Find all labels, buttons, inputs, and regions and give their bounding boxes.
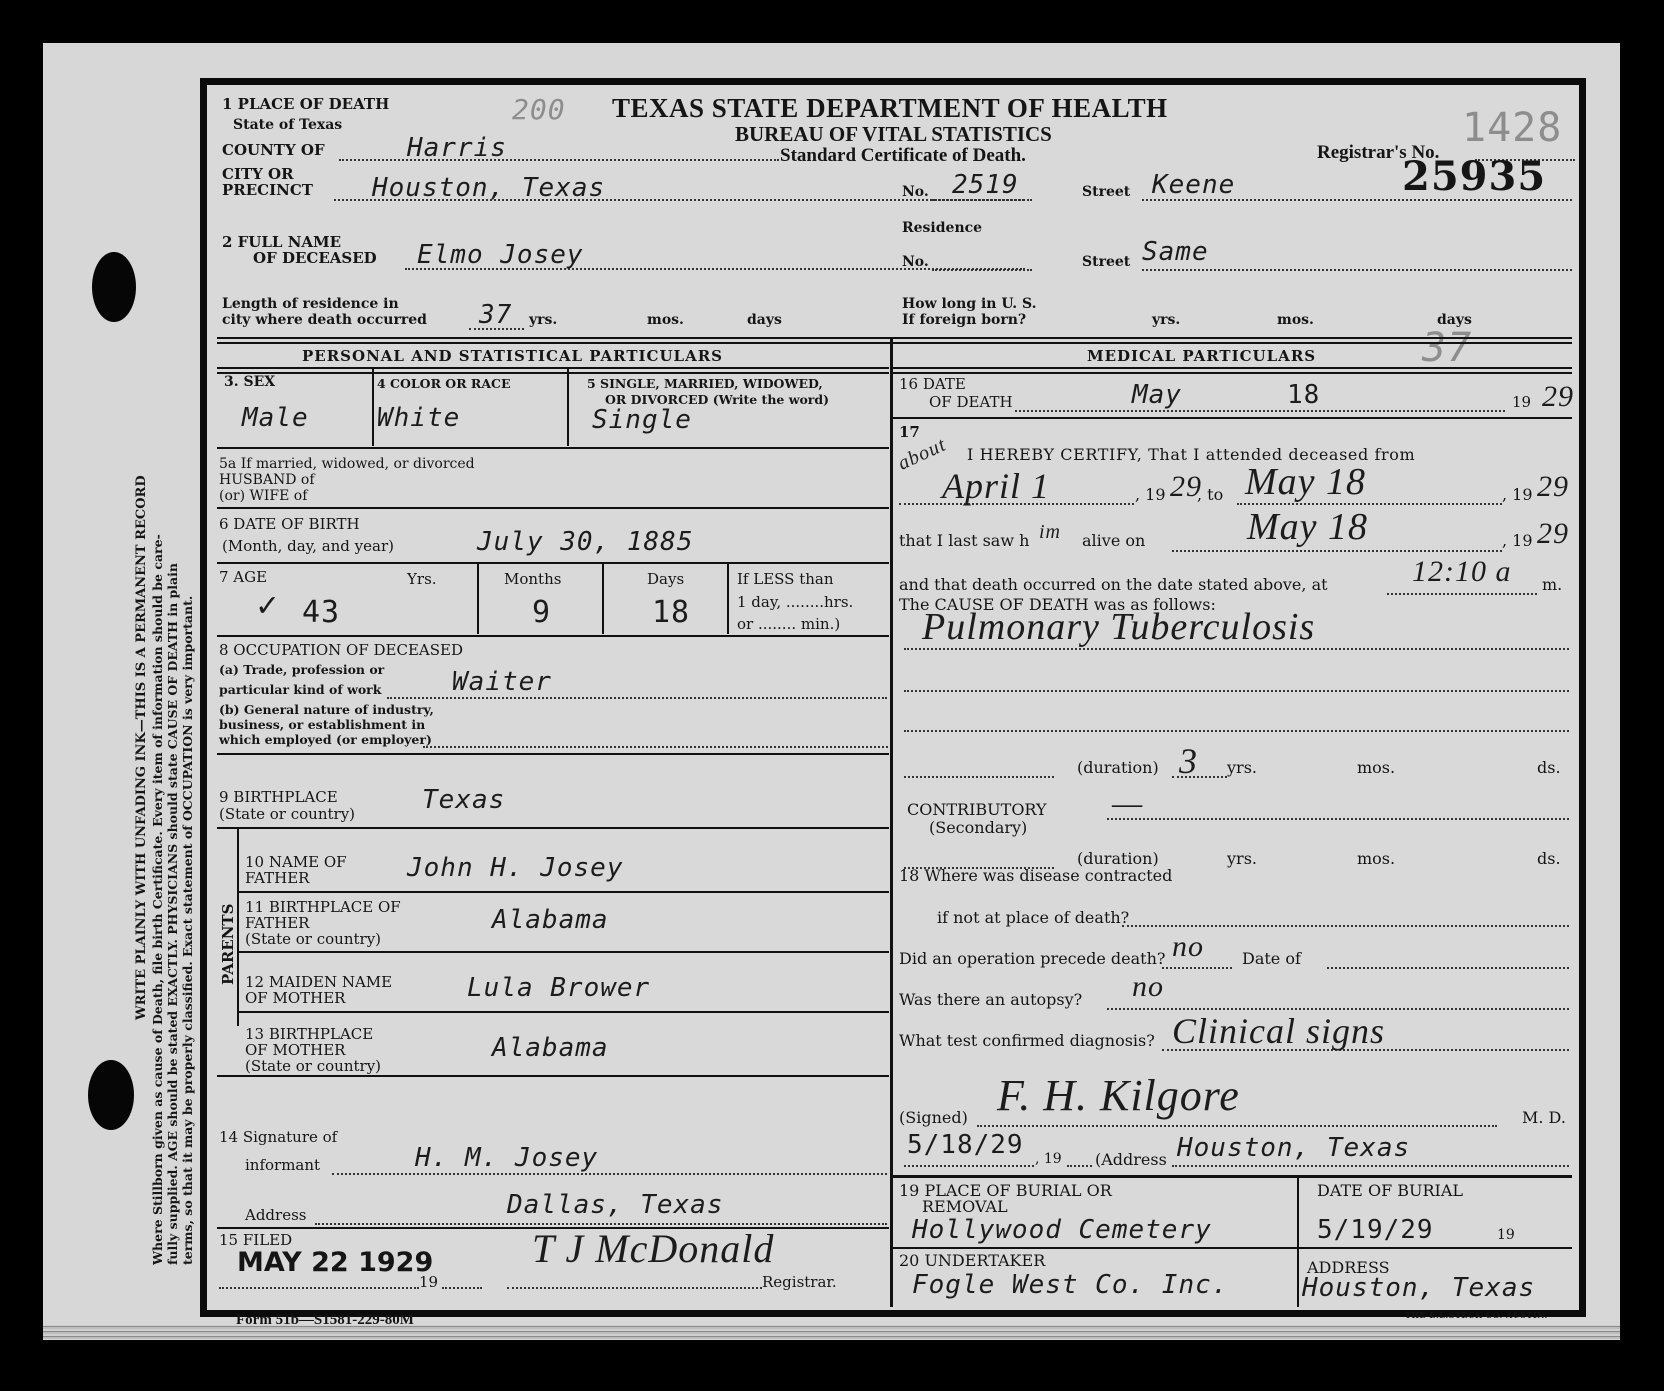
last-saw-label-1: that I last saw h xyxy=(899,533,1029,548)
length-residence-label-1: Length of residence in xyxy=(222,297,399,312)
marital-label-1: 5 SINGLE, MARRIED, WIDOWED, xyxy=(587,377,823,391)
duration-mos-label-1: mos. xyxy=(1357,760,1395,775)
dod-label-2: OF DEATH xyxy=(929,395,1013,410)
contributory-value: — xyxy=(1112,785,1143,823)
us-label-2: If foreign born? xyxy=(902,313,1026,328)
occupation-value: Waiter xyxy=(452,667,552,697)
registrar-number: 25935 xyxy=(1402,153,1546,200)
street-value: Keene xyxy=(1152,170,1235,200)
filed-19: 19 xyxy=(419,1275,438,1290)
attended-from: April 1 xyxy=(942,465,1050,507)
us-mos-label: mos. xyxy=(1277,313,1314,328)
dod-year-prefix: 19 xyxy=(1512,395,1531,410)
race-value: White xyxy=(377,403,460,433)
contracted-label-1: 18 Where was disease contracted xyxy=(899,868,1172,883)
medical-section-title: MEDICAL PARTICULARS xyxy=(1087,347,1316,365)
printer-mark: THE E.L.STECK CO. AUSTIN. xyxy=(1405,1310,1548,1320)
county-label: COUNTY OF xyxy=(222,143,325,158)
duration-label-1: (duration) xyxy=(1077,760,1159,775)
burial-place-value: Hollywood Cemetery xyxy=(912,1215,1212,1245)
md-label: M. D. xyxy=(1522,1110,1566,1125)
occ-a-label-2: particular kind of work xyxy=(219,683,381,697)
signed-label: (Signed) xyxy=(899,1110,968,1125)
father-bp-label-1: 11 BIRTHPLACE OF xyxy=(245,900,401,915)
length-mos-label: mos. xyxy=(647,313,684,328)
deceased-name: Elmo Josey xyxy=(417,240,584,270)
last-saw-label-2: alive on xyxy=(1082,533,1145,548)
res-street-label: Street xyxy=(1082,255,1130,270)
department-title: TEXAS STATE DEPARTMENT OF HEALTH xyxy=(612,93,1168,124)
duration-yrs: 3 xyxy=(1179,740,1198,782)
father-label-1: 10 NAME OF xyxy=(245,855,347,870)
informant-label-1: 14 Signature of xyxy=(219,1130,337,1145)
last-saw-year: 29 xyxy=(1537,517,1569,551)
contributory-label-1: CONTRIBUTORY xyxy=(907,802,1047,817)
sex-value: Male xyxy=(242,403,309,433)
burial-date-value: 5/19/29 xyxy=(1317,1215,1434,1245)
dob-label-2: (Month, day, and year) xyxy=(222,539,394,554)
occ-b-label-1: (b) General nature of industry, xyxy=(219,703,434,717)
filed-label: 15 FILED xyxy=(219,1233,292,1248)
city-label-1: CITY OR xyxy=(222,167,294,182)
filed-stamp: MAY 22 1929 xyxy=(237,1247,433,1278)
pencil-note: 200 xyxy=(512,93,566,126)
time-suffix: m. xyxy=(1542,577,1562,592)
father-bp-label-2: FATHER xyxy=(245,916,309,931)
mother-label-1: 12 MAIDEN NAME xyxy=(245,975,392,990)
length-residence-yrs: 37 xyxy=(479,300,512,330)
burial-date-19: 19 xyxy=(1497,1228,1515,1243)
city-value: Houston, Texas xyxy=(372,173,605,203)
duration-yrs-label-1: yrs. xyxy=(1227,760,1257,775)
father-label-2: FATHER xyxy=(245,871,309,886)
mother-value: Lula Brower xyxy=(467,973,650,1003)
dob-value: July 30, 1885 xyxy=(477,527,694,557)
side-instruction-3: fully supplied. AGE should be stated EXA… xyxy=(165,563,181,1265)
age-months-value: 9 xyxy=(532,595,551,630)
informant-address-value: Dallas, Texas xyxy=(507,1190,724,1220)
test-label: What test confirmed diagnosis? xyxy=(899,1033,1155,1048)
occ-a-label-1: (a) Trade, profession or xyxy=(219,663,384,677)
operation-date-label: Date of xyxy=(1242,951,1301,966)
occurred-label: and that death occurred on the date stat… xyxy=(899,577,1328,592)
age-yrs-label: Yrs. xyxy=(407,572,437,587)
last-saw-year-prefix: , 19 xyxy=(1502,533,1533,548)
burial-place-label-1: 19 PLACE OF BURIAL OR xyxy=(899,1183,1112,1198)
length-yrs-label: yrs. xyxy=(529,313,557,328)
autopsy-value: no xyxy=(1132,970,1164,1004)
residence-label: Residence xyxy=(902,221,982,236)
age-days-label: Days xyxy=(647,572,684,587)
spouse-label-3: (or) WIFE of xyxy=(219,489,307,504)
city-label-2: PRECINCT xyxy=(222,183,313,198)
us-label-1: How long in U. S. xyxy=(902,297,1037,312)
informant-label-2: informant xyxy=(245,1158,320,1173)
contracted-label-2: if not at place of death? xyxy=(937,910,1129,925)
father-bp-value: Alabama xyxy=(492,905,609,935)
less-label-2: 1 day, ........hrs. xyxy=(737,595,853,610)
duration-ds-label-2: ds. xyxy=(1537,851,1561,866)
age-days-value: 18 xyxy=(652,595,690,630)
from-year-prefix: , 19 xyxy=(1135,487,1166,502)
form-number: Form 51b—S1581-229-80M xyxy=(236,1313,414,1328)
res-street-value: Same xyxy=(1142,237,1209,267)
us-yrs-label: yrs. xyxy=(1152,313,1180,328)
stamp-number: 1428 xyxy=(1462,105,1562,151)
physician-address: Houston, Texas xyxy=(1177,1133,1410,1163)
duration-yrs-label-2: yrs. xyxy=(1227,851,1257,866)
race-label: 4 COLOR OR RACE xyxy=(377,377,511,391)
dod-year: 29 xyxy=(1542,380,1574,414)
burial-place-label-2: REMOVAL xyxy=(922,1199,1008,1214)
last-saw-pronoun: im xyxy=(1039,521,1061,544)
occupation-label: 8 OCCUPATION OF DECEASED xyxy=(219,643,463,658)
test-value: Clinical signs xyxy=(1172,1010,1385,1052)
registrar-signature: T J McDonald xyxy=(532,1225,774,1272)
father-value: John H. Josey xyxy=(407,853,624,883)
full-name-label-1: 2 FULL NAME xyxy=(222,235,341,250)
physician-address-label: (Address xyxy=(1095,1152,1167,1167)
sex-label: 3. SEX xyxy=(224,375,275,390)
birthplace-value: Texas xyxy=(422,785,505,815)
occ-b-label-3: which employed (or employer) xyxy=(219,733,432,747)
informant-address-label: Address xyxy=(245,1208,306,1223)
occ-b-label-2: business, or establishment in xyxy=(219,718,425,732)
autopsy-label: Was there an autopsy? xyxy=(899,992,1082,1007)
age-label: 7 AGE xyxy=(219,570,267,585)
father-bp-label-3: (State or country) xyxy=(245,932,381,947)
undertaker-value: Fogle West Co. Inc. xyxy=(912,1270,1228,1300)
punch-hole-bottom xyxy=(88,1060,134,1130)
contributory-label-2: (Secondary) xyxy=(929,820,1027,835)
duration-mos-label-2: mos. xyxy=(1357,851,1395,866)
length-residence-label-2: city where death occurred xyxy=(222,313,427,328)
side-instruction-2: Where Stillborn given as cause of Death,… xyxy=(150,534,166,1265)
last-saw-date: May 18 xyxy=(1247,505,1368,549)
to-label: , to xyxy=(1197,487,1223,502)
mother-label-2: OF MOTHER xyxy=(245,991,345,1006)
burial-date-label: DATE OF BURIAL xyxy=(1317,1183,1463,1198)
registrar-label: Registrar. xyxy=(762,1275,837,1290)
undertaker-address-value: Houston, Texas xyxy=(1302,1273,1535,1303)
street-label: Street xyxy=(1082,185,1130,200)
duration-label-2: (duration) xyxy=(1077,851,1159,866)
duration-ds-label-1: ds. xyxy=(1537,760,1561,775)
signed-date: 5/18/29 xyxy=(907,1130,1024,1160)
punch-hole-top xyxy=(92,252,136,322)
informant-value: H. M. Josey xyxy=(415,1143,598,1173)
personal-section-title: PERSONAL AND STATISTICAL PARTICULARS xyxy=(302,347,723,365)
street-no-value: 2519 xyxy=(952,170,1019,200)
less-label-3: or ........ min.) xyxy=(737,617,840,632)
operation-value: no xyxy=(1172,930,1204,964)
parents-label: PARENTS xyxy=(220,904,236,985)
mother-bp-label-3: (State or country) xyxy=(245,1059,381,1074)
age-check-icon: ✓ xyxy=(257,585,278,625)
state-label: State of Texas xyxy=(233,118,342,133)
to-year-prefix: , 19 xyxy=(1502,487,1533,502)
dod-day: 18 xyxy=(1287,380,1320,410)
mother-bp-value: Alabama xyxy=(492,1033,609,1063)
cause-of-death: Pulmonary Tuberculosis xyxy=(922,605,1315,649)
street-no-label: No. xyxy=(902,185,929,200)
to-year: 29 xyxy=(1537,470,1569,504)
physician-signature: F. H. Kilgore xyxy=(997,1070,1240,1121)
mother-bp-label-2: OF MOTHER xyxy=(245,1043,345,1058)
side-instruction-1: WRITE PLAINLY WITH UNFADING INK—THIS IS … xyxy=(134,475,150,1020)
age-yrs-value: 43 xyxy=(302,595,340,630)
res-no-label: No. xyxy=(902,255,929,270)
length-days-label: days xyxy=(747,313,782,328)
death-time: 12:10 a xyxy=(1412,555,1512,589)
dob-label-1: 6 DATE OF BIRTH xyxy=(219,517,360,532)
bureau-title: BUREAU OF VITAL STATISTICS xyxy=(735,122,1052,147)
certificate-frame: 1 PLACE OF DEATH State of Texas 200 TEXA… xyxy=(200,78,1586,1317)
cert-num: 17 xyxy=(899,425,920,440)
spouse-label-2: HUSBAND of xyxy=(219,473,315,488)
dod-label-1: 16 DATE xyxy=(899,377,966,392)
marital-value: Single xyxy=(592,405,692,435)
signed-19: , 19 xyxy=(1035,1152,1062,1167)
dod-month: May xyxy=(1132,380,1182,410)
less-label-1: If LESS than xyxy=(737,572,834,587)
full-name-label-2: OF DECEASED xyxy=(253,251,377,266)
birthplace-label-1: 9 BIRTHPLACE xyxy=(219,790,338,805)
certificate-title: Standard Certificate of Death. xyxy=(780,145,1026,167)
attended-to: May 18 xyxy=(1245,460,1366,504)
margin-note: 37 xyxy=(1422,325,1472,371)
spouse-label-1: 5a If married, widowed, or divorced xyxy=(219,457,475,472)
operation-label: Did an operation precede death? xyxy=(899,951,1165,966)
side-instruction-4: terms, so that it may be properly classi… xyxy=(180,596,196,1265)
undertaker-label: 20 UNDERTAKER xyxy=(899,1253,1045,1268)
mother-bp-label-1: 13 BIRTHPLACE xyxy=(245,1027,373,1042)
county-value: Harris xyxy=(407,133,507,163)
birthplace-label-2: (State or country) xyxy=(219,807,355,822)
age-months-label: Months xyxy=(504,572,561,587)
place-of-death-label: 1 PLACE OF DEATH xyxy=(222,97,389,112)
